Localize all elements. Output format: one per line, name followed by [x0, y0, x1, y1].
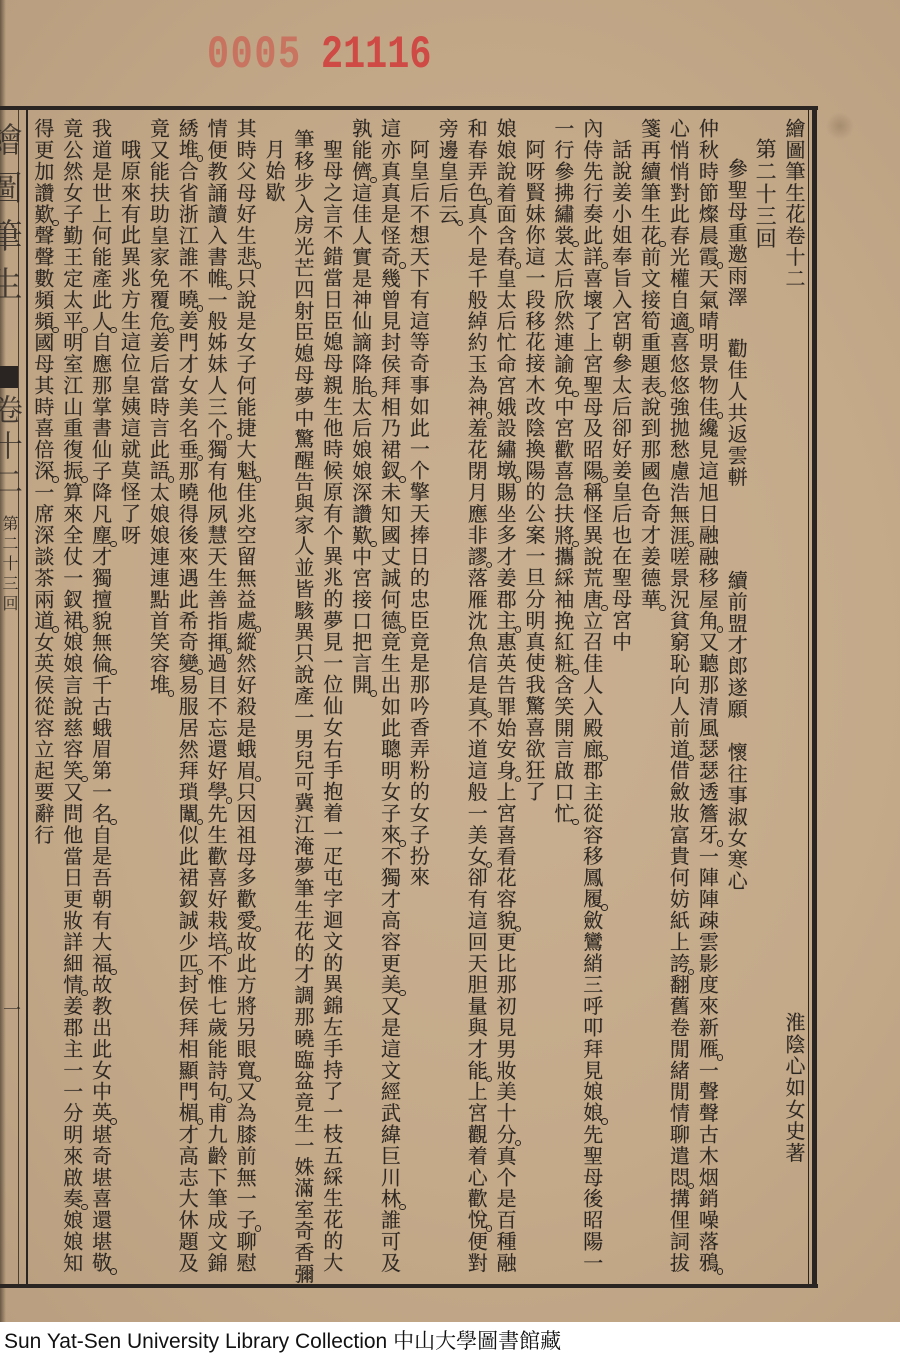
text-column: 竟又能扶助皇家免覆危姜后當時言此語太娘娘連連點首笑容堆 [144, 118, 173, 1286]
punctuated-character: 人 [89, 311, 113, 332]
text-column: 竟公然女子勤王定太平明室江山重復振算來全仗一釵裙娘娘言說慈容笑又問他當日更妝詳細… [57, 118, 86, 1286]
text-column: 阿皇后不想天下有這等奇事如此一个擎天捧日的忠臣竟是那吟香弄粉的女子扮來 [404, 118, 433, 1286]
punctuated-character: 神 [464, 396, 488, 417]
punctuated-character: 身 [493, 760, 517, 781]
punctuated-character: 歎 [349, 525, 373, 546]
punctuated-character: 廊 [580, 739, 604, 760]
punctuated-character: 誇 [666, 953, 690, 974]
text-column: 娘娘說着面含春皇太后忙命宮娥設繡墩賜坐多才姜郡主惠英告罪始安身上宮喜看花容貌更比… [490, 118, 519, 1286]
punctuated-character: 牙 [695, 824, 719, 845]
spine-divider-rule [18, 106, 19, 1288]
text-column: 聖母之言不錯當日臣媳母親生他時候原有个異兆的夢見一位仙女右手抱着一疋屯字迴文的異… [317, 118, 346, 1286]
punctuated-character: 帷 [204, 268, 228, 289]
punctuated-character: 曉 [175, 289, 199, 310]
punctuated-character: 角 [695, 610, 719, 631]
couplet-line: 懷往事淑女寒心 [721, 742, 750, 892]
library-stamp-faded-digits: 0005 [207, 30, 302, 80]
punctuated-character: 能 [464, 1060, 488, 1081]
couplet-line: 勸佳人共返雲軿 [721, 338, 750, 488]
punctuated-character: 子 [233, 1209, 257, 1230]
library-stamp-number: 21116 [321, 30, 431, 80]
punctuated-character: 詳 [580, 246, 604, 267]
text-column: 內侍先行奏此詳喜壞了上宮聖母及昭陽稱怪異說荒唐立召佳人入殿廊郡主從容移鳳履斂鸞綃… [577, 118, 606, 1286]
text-column: 其時父母好生悲只說是女子何能捷大魁佳兆空留無益處縱然好殺是蛾眉只因祖母多歡愛故此… [230, 118, 259, 1286]
frame-right-inner-rule [808, 106, 809, 1288]
punctuated-character: 魁 [233, 460, 257, 481]
punctuated-character: 忙 [551, 803, 575, 824]
punctuated-character: 笑 [60, 760, 84, 781]
punctuated-character: 貌 [493, 910, 517, 931]
punctuated-character: 陽 [580, 460, 604, 481]
punctuated-character: 悅 [464, 1209, 488, 1230]
text-column: 這亦真真是怪奇幾曾見封侯拜相乃裙釵未知國丈誠何德竟生出如此聰明女子來不獨才高容更… [375, 118, 404, 1286]
punctuated-character: 句 [204, 1081, 228, 1102]
book-title: 繪圖筆生花卷十二 [779, 118, 808, 289]
punctuated-character: 平 [60, 311, 84, 332]
punctuated-character: 振 [60, 460, 84, 481]
punctuated-character: 學 [204, 781, 228, 802]
punctuated-character: 頻 [31, 311, 55, 332]
punctuated-character: 華 [638, 589, 662, 610]
text-column: 仲秋時節燦晨霞天氣晴明景物佳纔見這旭日融融移屋角又聽那清風瑟瑟透簷牙一陣陣疎雲影… [692, 118, 721, 1286]
punctuated-character: 釵 [378, 460, 402, 481]
punctuated-character: 分 [493, 1124, 517, 1145]
punctuated-character: 闈 [175, 803, 199, 824]
punctuated-character: 唐 [580, 589, 604, 610]
text-body: 繪圖筆生花卷十二 淮陰心如女史著 第二十三回 參聖母重邀雨澤 勸佳人共返雲軿 續… [28, 118, 808, 1286]
punctuated-character: 來 [378, 824, 402, 845]
punctuated-character: 堆 [146, 674, 170, 695]
punctuated-character: 危 [146, 311, 170, 332]
punctuated-character: 娘 [580, 1102, 604, 1123]
punctuated-character: 主 [493, 610, 517, 631]
punctuated-character: 處 [233, 610, 257, 631]
punctuated-character: 裙 [60, 610, 84, 631]
punctuated-character: 真 [464, 696, 488, 717]
spine-book-title: 繪圖筆生 [0, 122, 19, 314]
punctuated-character: 道 [31, 610, 55, 631]
frame-right-border [812, 106, 817, 1288]
punctuated-character: 塵 [89, 525, 113, 546]
spine-fishtail-band [0, 366, 18, 388]
text-column: 孰能儕這佳人實是神仙謫降胎太后娘娘深讚歎中宮接口把言開 [346, 118, 375, 1286]
punctuated-character: 云 [435, 204, 459, 225]
punctuated-character: 語 [146, 460, 170, 481]
punctuated-character: 花 [638, 225, 662, 246]
text-column: 心悄悄對此春光權自適喜悠悠強拋愁慮浩無涯嗟景況貧窮恥向人前道借斂妝富貴何妨紙上誇… [664, 118, 693, 1286]
punctuated-character: 个 [204, 418, 228, 439]
punctuated-character: 福 [89, 953, 113, 974]
punctuated-character: 美 [378, 974, 402, 995]
text-column: 箋再續筆生花前文接筍重題表說到那國色奇才姜德華 [635, 118, 664, 1286]
punctuated-character: 適 [666, 311, 690, 332]
text-column: 哦原來有此異兆方生這位皇姨這就莫怪了呀 [115, 118, 144, 1286]
punctuated-character: 墩 [493, 460, 517, 481]
punctuated-character: 春 [493, 246, 517, 267]
punctuated-character: 謬 [464, 546, 488, 567]
author-credit: 淮陰心如女史著 [779, 1012, 808, 1164]
punctuated-character: 悲 [233, 246, 257, 267]
text-column: 我道是世上何能產此人自應那掌書仙子降凡塵才獨擅貌無倫千古蛾眉第一名自是吾朝有大福… [86, 118, 115, 1286]
text-column: 月始歇 [259, 118, 288, 1286]
punctuated-character: 悶 [666, 1167, 690, 1188]
text-column: 阿呀賢妹你這一段移花接木改陰換陽的公案一旦分明真使我驚喜欲狂了 [519, 118, 548, 1286]
punctuated-character: 眉 [233, 760, 257, 781]
header-column: 繪圖筆生花卷十二 淮陰心如女史著 [779, 118, 808, 1286]
text-column: 得更加讚歎聲聲數頻頻國母其時喜倍深一席深談茶兩道女英侯從容立起要辭行 [28, 118, 57, 1286]
punctuated-character: 奇 [378, 246, 402, 267]
punctuated-character: 變 [175, 653, 199, 674]
spine-leaf-number: 一 [1, 1000, 19, 1018]
punctuated-character: 開 [349, 674, 373, 695]
punctuated-character: 揮 [204, 632, 228, 653]
punctuated-character: 表 [638, 375, 662, 396]
punctuated-character: 霞 [695, 246, 719, 267]
punctuated-character: 情 [60, 974, 84, 995]
punctuated-character: 英 [89, 1102, 113, 1123]
collection-watermark: Sun Yat-Sen University Library Collectio… [4, 1329, 561, 1355]
punctuated-character: 色 [464, 182, 488, 203]
chapter-title-couplet: 參聖母重邀雨澤 勸佳人共返雲軿 續前盟才郎遂願 懷往事淑女寒心 [721, 118, 750, 1286]
punctuated-character: 道 [666, 739, 690, 760]
punctuated-character: 儕 [349, 161, 373, 182]
punctuated-character: 愛 [233, 910, 257, 931]
punctuated-character: 倫 [89, 653, 113, 674]
punctuated-character: 女 [464, 846, 488, 867]
spine-chapter: 第二十三回 [1, 515, 18, 615]
punctuated-character: 深 [31, 460, 55, 481]
punctuated-character: 免 [551, 375, 575, 396]
punctuated-character: 雁 [695, 1038, 719, 1059]
punctuated-character: 佳 [695, 396, 719, 417]
couplet-line: 續前盟才郎遂願 [721, 570, 750, 720]
punctuated-character: 履 [580, 888, 604, 909]
punctuated-character: 涯 [666, 525, 690, 546]
punctuated-character: 名 [89, 803, 113, 824]
punctuated-character: 楣 [175, 1102, 199, 1123]
frame-top-border [0, 106, 818, 110]
text-column: 話說姜小姐奉旨入宮朝參太后卻好姜皇后也在聖母宮中 [606, 118, 635, 1286]
punctuated-character: 垂 [175, 439, 199, 460]
punctuated-character: 奏 [60, 1188, 84, 1209]
chapter-number: 第二十三回 [750, 118, 779, 1286]
spine-volume: 卷十二 [0, 394, 19, 502]
punctuated-character: 德 [378, 610, 402, 631]
punctuated-character: 培 [204, 931, 228, 952]
punctuated-character: 敬 [89, 1252, 113, 1273]
text-column: 情便教誦讀入書帷一般姊妹人三个獨有他夙慧天生善指揮過目不忘還好學先生歡喜好栽培不… [201, 118, 230, 1286]
punctuated-character: 林 [378, 1188, 402, 1209]
text-column: 和春弄色真个是千般綽約玉為神羞花閉月應非謬落雁沈魚信是真不道這般一美女卻有這回天… [461, 118, 490, 1286]
punctuated-character: 鴉 [695, 1252, 719, 1273]
text-column: 旁邊皇后云 [432, 118, 461, 1286]
punctuated-character: 粧 [551, 653, 575, 674]
punctuated-character: 歎 [31, 204, 55, 225]
text-column: 綉堆合省浙江誰不曉姜門才女美名垂那曉得後來遇此希奇變易服居然拜瑣闈似此裙釵誠少匹… [172, 118, 201, 1286]
text-column: 筆移步入房光芒四射臣媳母夢中驚醒告與家人並皆駭異只說產一男兒可冀江淹夢筆生花的才… [288, 118, 317, 1286]
text-column: 一行參拂繡裳太后欣然連諭免中宮歡喜急扶將攜綵袖挽紅粧含笑開言啟口忙 [548, 118, 577, 1286]
couplet-line: 參聖母重邀雨澤 [721, 158, 750, 308]
punctuated-character: 匹 [175, 953, 199, 974]
collection-footer: Sun Yat-Sen University Library Collectio… [0, 1322, 900, 1363]
punctuated-character: 將 [551, 525, 575, 546]
punctuated-character: 堆 [175, 139, 199, 160]
punctuated-character: 胎 [349, 375, 373, 396]
punctuated-character: 寬 [233, 1060, 257, 1081]
punctuated-character: 裳 [551, 225, 575, 246]
